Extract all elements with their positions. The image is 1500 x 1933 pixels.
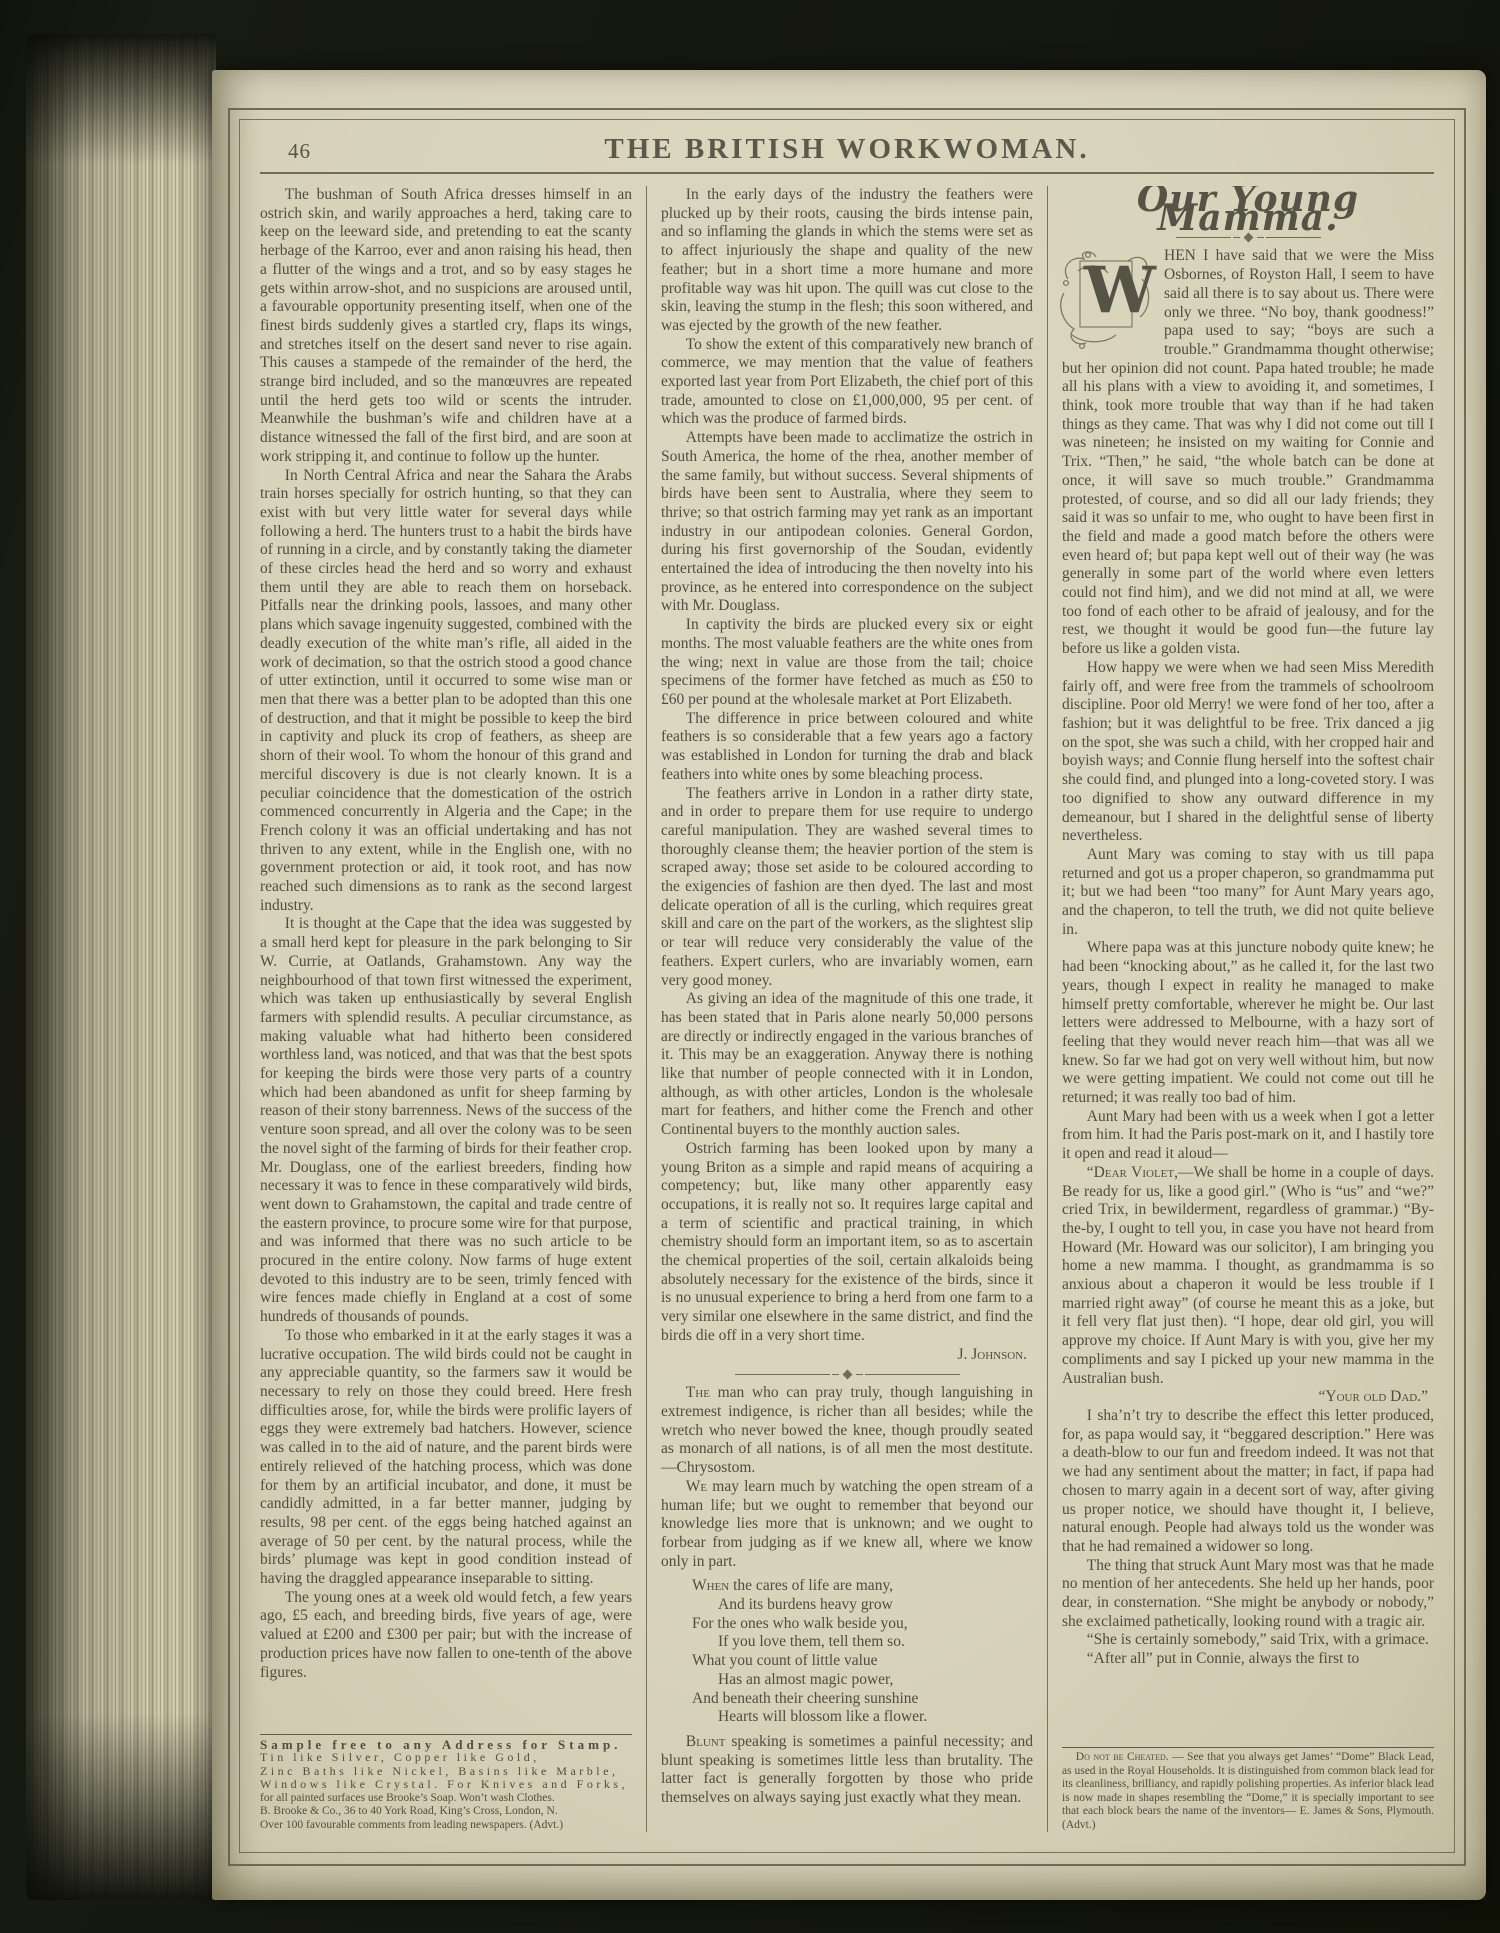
- letter-paragraph: “Dear Violet,—We shall be home in a coup…: [1062, 1164, 1434, 1388]
- paragraph: I sha’n’t try to describe the effect thi…: [1062, 1407, 1434, 1557]
- paragraph: As giving an idea of the magnitude of th…: [661, 990, 1033, 1140]
- lead-word: When: [692, 1577, 729, 1594]
- paragraph: Aunt Mary was coming to stay with us til…: [1062, 846, 1434, 940]
- masthead: 46 THE BRITISH WORKWOMAN.: [260, 120, 1434, 174]
- paragraph-text: —We shall be home in a couple of days. B…: [1062, 1164, 1434, 1387]
- poem: When the cares of life are many, And its…: [692, 1577, 1002, 1727]
- letter-signature: “Your old Dad.”: [1062, 1388, 1434, 1407]
- ad-line: Zinc Baths like Nickel, Basins like Marb…: [260, 1765, 632, 1779]
- paragraph: The thing that struck Aunt Mary most was…: [1062, 1557, 1434, 1632]
- paragraph: In North Central Africa and near the Sah…: [260, 467, 632, 916]
- page-number: 46: [288, 139, 311, 164]
- column-layout: The bushman of South Africa dresses hims…: [260, 174, 1434, 1832]
- paragraph-text: may learn much by watching the open stre…: [661, 1478, 1033, 1570]
- ad-line: for all painted surfaces use Brooke’s So…: [260, 1792, 632, 1806]
- paper-title: THE BRITISH WORKWOMAN.: [604, 133, 1089, 172]
- poem-line: What you count of little value: [692, 1652, 1002, 1671]
- column-3: Our Young Mamma.: [1048, 186, 1434, 1832]
- poem-line: For the ones who walk beside you,: [692, 1615, 1002, 1634]
- ad-headline: Sample free to any Address for Stamp.: [260, 1738, 632, 1752]
- book-photo-background: 46 THE BRITISH WORKWOMAN. The bushman of…: [0, 0, 1500, 1933]
- section-divider-ornament: [735, 1371, 960, 1378]
- ad-line: Windows like Crystal. For Knives and For…: [260, 1778, 632, 1792]
- newspaper-page: 46 THE BRITISH WORKWOMAN. The bushman of…: [212, 70, 1486, 1900]
- paragraph: “After all” put in Connie, always the fi…: [1062, 1650, 1434, 1669]
- paragraph-text: man who can pray truly, though languishi…: [661, 1384, 1033, 1476]
- column-2: In the early days of the industry the fe…: [646, 186, 1048, 1832]
- article-signature: J. Johnson.: [661, 1346, 1033, 1365]
- story-title-ornament: [1176, 234, 1321, 241]
- paragraph: In captivity the birds are plucked every…: [661, 616, 1033, 710]
- lead-word: The: [686, 1384, 710, 1401]
- page-inner-frame: 46 THE BRITISH WORKWOMAN. The bushman of…: [239, 119, 1455, 1853]
- poem-line: When the cares of life are many,: [692, 1577, 1002, 1596]
- paragraph: Aunt Mary had been with us a week when I…: [1062, 1108, 1434, 1164]
- paragraph: “She is certainly somebody,” said Trix, …: [1062, 1631, 1434, 1650]
- poem-line: Has an almost magic power,: [692, 1671, 1002, 1690]
- poem-line: If you love them, tell them so.: [692, 1633, 1002, 1652]
- paragraph: In the early days of the industry the fe…: [661, 186, 1033, 336]
- ad-line: Tin like Silver, Copper like Gold,: [260, 1751, 632, 1765]
- opening-paragraph: W HEN I have said that we were the Miss …: [1062, 247, 1434, 658]
- poem-line: Hearts will blossom like a flower.: [692, 1708, 1002, 1727]
- paragraph: Attempts have been made to acclimatize t…: [661, 429, 1033, 616]
- poem-line: And its burdens heavy grow: [692, 1596, 1002, 1615]
- paragraph: The man who can pray truly, though langu…: [661, 1384, 1033, 1478]
- column-1: The bushman of South Africa dresses hims…: [260, 186, 646, 1832]
- paragraph: Where papa was at this juncture nobody q…: [1062, 939, 1434, 1107]
- paragraph: The difference in price between coloured…: [661, 710, 1033, 785]
- ad-lead: Do not be Cheated.: [1076, 1751, 1169, 1763]
- paragraph: How happy we were when we had seen Miss …: [1062, 659, 1434, 846]
- james-black-lead-advertisement: Do not be Cheated. — See that you always…: [1062, 1747, 1434, 1832]
- paragraph: The bushman of South Africa dresses hims…: [260, 186, 632, 467]
- decorated-dropcap: W: [1058, 249, 1154, 351]
- ad-line: B. Brooke & Co., 36 to 40 York Road, Kin…: [260, 1805, 632, 1819]
- dropcap-letter: W: [1084, 259, 1156, 323]
- paragraph: The feathers arrive in London in a rathe…: [661, 785, 1033, 991]
- ad-line: Over 100 favourable comments from leadin…: [260, 1819, 632, 1833]
- story-title: Our Young Mamma.: [1062, 190, 1434, 227]
- paragraph: We may learn much by watching the open s…: [661, 1478, 1033, 1572]
- paragraph: To show the extent of this comparatively…: [661, 336, 1033, 430]
- lead-word: Blunt: [686, 1733, 726, 1750]
- book-page-stack-edge: [26, 34, 216, 1900]
- paragraph: Blunt speaking is sometimes a painful ne…: [661, 1733, 1033, 1808]
- paragraph: It is thought at the Cape that the idea …: [260, 915, 632, 1326]
- poem-line: And beneath their cheering sunshine: [692, 1690, 1002, 1709]
- paragraph: To those who embarked in it at the early…: [260, 1327, 632, 1589]
- lead-word: “Dear Violet,: [1087, 1164, 1178, 1181]
- paragraph: Ostrich farming has been looked upon by …: [661, 1140, 1033, 1346]
- brookes-soap-advertisement: Sample free to any Address for Stamp. Ti…: [260, 1734, 632, 1833]
- paragraph: The young ones at a week old would fetch…: [260, 1589, 632, 1683]
- poem-text: the cares of life are many,: [729, 1577, 893, 1594]
- lead-word: We: [686, 1478, 707, 1495]
- page-border-frame: 46 THE BRITISH WORKWOMAN. The bushman of…: [228, 108, 1466, 1866]
